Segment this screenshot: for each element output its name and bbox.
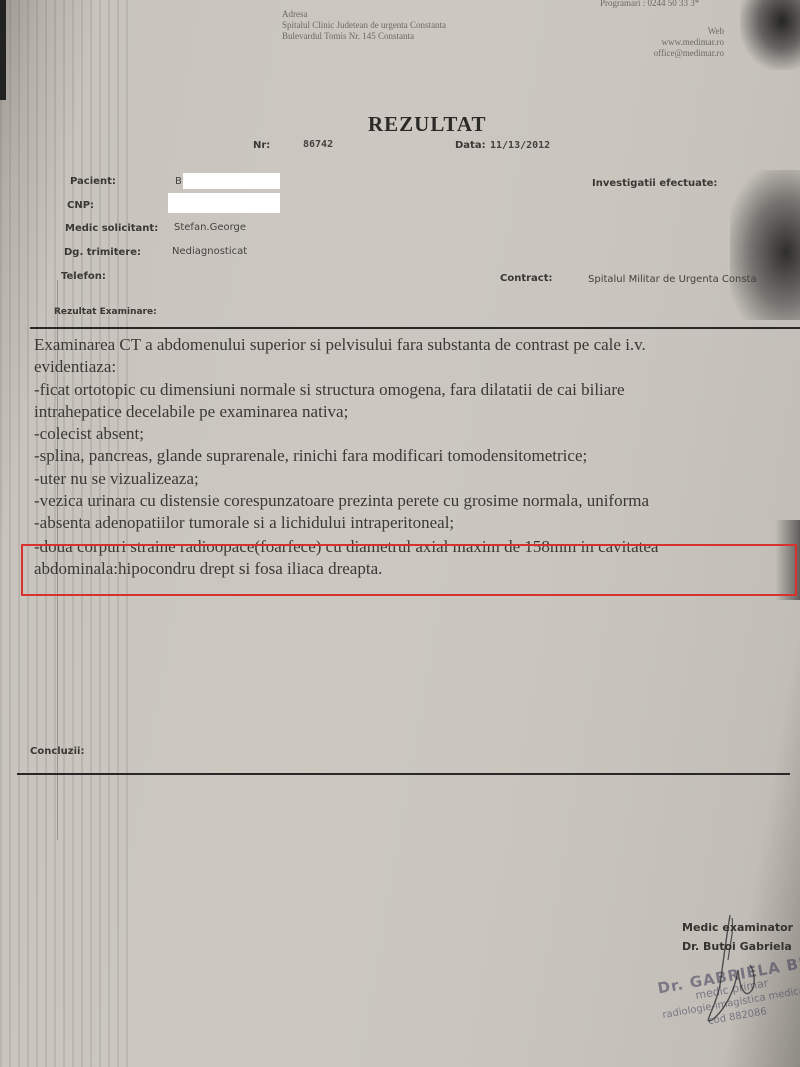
medic-value: Stefan.George <box>174 222 246 233</box>
investigatii-label: Investigatii efectuate: <box>592 178 717 189</box>
medic-label: Medic solicitant: <box>65 223 158 234</box>
address-line1: Spitalul Clinic Judetean de urgenta Cons… <box>282 20 446 31</box>
date-label: Data: <box>455 140 486 151</box>
header-address: Adresa Spitalul Clinic Judetean de urgen… <box>282 9 446 42</box>
contract-label: Contract: <box>500 273 553 284</box>
header-web: Web www.medimar.ro office@medimar.ro <box>620 26 724 59</box>
section-divider <box>30 327 800 329</box>
handwritten-signature <box>690 910 790 1030</box>
header-phone: Programari : 0244 50 33 3* <box>600 0 699 8</box>
email: office@medimar.ro <box>620 48 724 59</box>
cnp-label: CNP: <box>67 200 94 211</box>
toner-smudge <box>730 170 800 320</box>
result-line: -uter nu se vizualizeaza; <box>34 468 800 490</box>
result-line: -absenta adenopatiilor tumorale si a lic… <box>34 512 800 534</box>
contract-value: Spitalul Militar de Urgenta Consta <box>588 274 757 285</box>
nr-label: Nr: <box>253 140 270 151</box>
result-line: evidentiaza: <box>34 356 800 378</box>
pacient-label: Pacient: <box>70 176 116 187</box>
result-line: intrahepatice decelabile pe examinarea n… <box>34 401 800 423</box>
dg-label: Dg. trimitere: <box>64 247 141 258</box>
dg-value: Nediagnosticat <box>172 246 247 257</box>
result-line: -splina, pancreas, glande suprarenale, r… <box>34 445 800 467</box>
result-section-label: Rezultat Examinare: <box>54 307 157 317</box>
address-line2: Bulevardul Tomis Nr. 145 Constanta <box>282 31 446 42</box>
address-label: Adresa <box>282 9 446 20</box>
web-url: www.medimar.ro <box>620 37 724 48</box>
toner-smudge <box>740 0 800 70</box>
paper-edge <box>0 0 6 100</box>
nr-value: 86742 <box>303 139 333 150</box>
date-value: 11/13/2012 <box>490 140 550 151</box>
conclusions-label: Concluzii: <box>30 746 84 757</box>
document-title: REZULTAT <box>368 112 487 137</box>
telefon-label: Telefon: <box>61 271 106 282</box>
web-label: Web <box>620 26 724 37</box>
redaction-box <box>183 173 280 189</box>
pacient-value: B <box>175 176 182 187</box>
result-line: -ficat ortotopic cu dimensiuni normale s… <box>34 379 800 401</box>
result-line: -vezica urinara cu distensie corespunzat… <box>34 490 800 512</box>
redaction-box <box>168 193 280 213</box>
result-line: -colecist absent; <box>34 423 800 445</box>
result-line: Examinarea CT a abdomenului superior si … <box>34 334 800 356</box>
conclusions-divider <box>17 773 790 775</box>
highlight-box <box>21 544 797 596</box>
